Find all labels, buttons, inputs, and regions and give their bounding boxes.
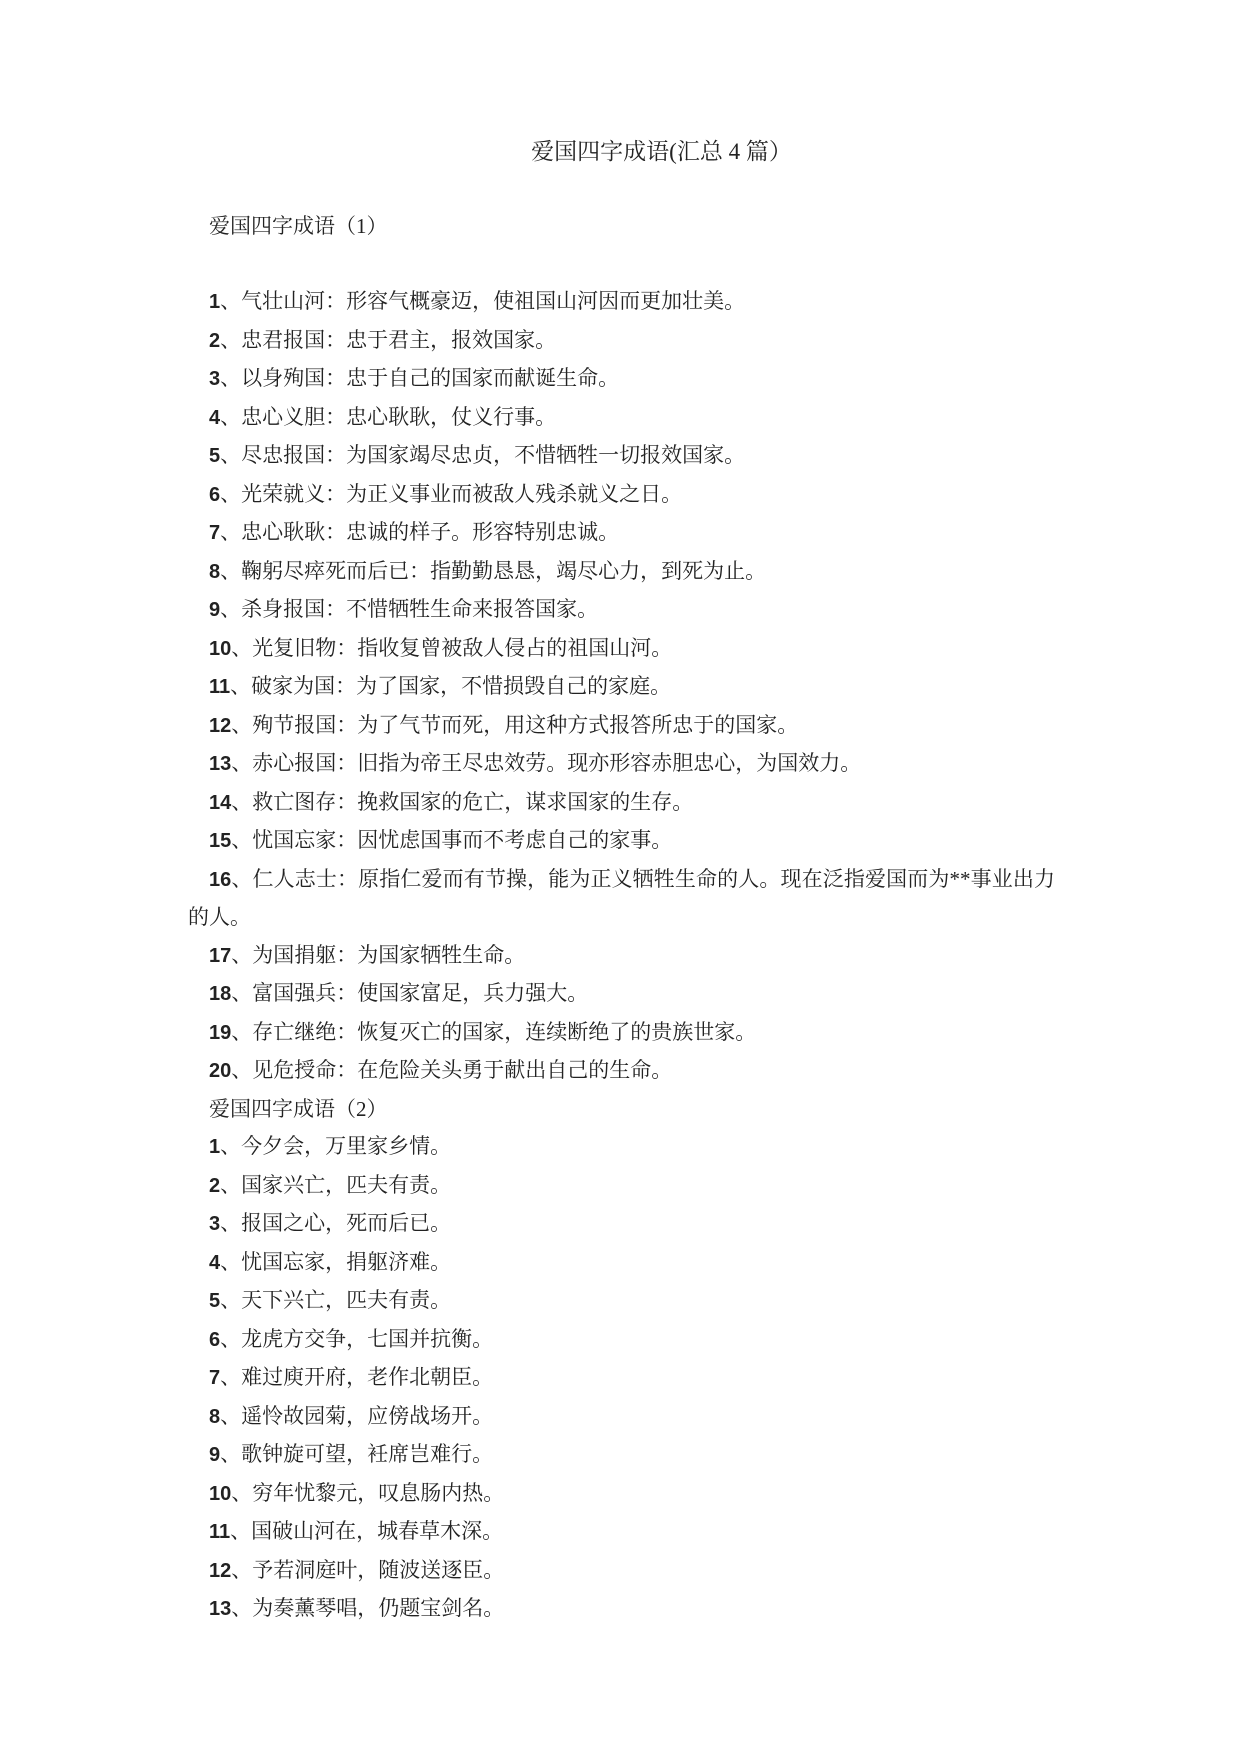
item-text: 、杀身报国：不惜牺牲生命来报答国家。 [220,597,598,621]
idiom-item: 13、为奏薰琴唱，仍题宝剑名。 [188,1590,1055,1629]
item-text: 、国破山河在，城春草木深。 [230,1519,503,1543]
idiom-item: 3、报国之心，死而后已。 [188,1205,1055,1244]
idiom-item: 10、光复旧物：指收复曾被敌人侵占的祖国山河。 [188,630,1055,669]
item-text: 、忧国忘家，捐躯济难。 [220,1250,451,1274]
idiom-item: 6、光荣就义：为正义事业而被敌人残杀就义之日。 [188,476,1055,515]
item-number: 4 [209,407,220,429]
idiom-item: 13、赤心报国：旧指为帝王尽忠效劳。现亦形容赤胆忠心，为国效力。 [188,745,1055,784]
item-number: 5 [209,445,220,467]
item-text: 、破家为国：为了国家，不惜损毁自己的家庭。 [230,674,671,698]
item-text: 、尽忠报国：为国家竭尽忠贞，不惜牺牲一切报效国家。 [220,443,745,467]
item-number: 3 [209,1213,220,1235]
item-text: 、气壮山河：形容气概豪迈，使祖国山河因而更加壮美。 [220,289,745,313]
idiom-item: 17、为国捐躯：为国家牺牲生命。 [188,937,1055,976]
idiom-item: 7、忠心耿耿：忠诚的样子。形容特别忠诚。 [188,514,1055,553]
idiom-item: 9、杀身报国：不惜牺牲生命来报答国家。 [188,591,1055,630]
item-number: 13 [209,753,231,775]
item-number: 1 [209,291,220,313]
item-number: 7 [209,522,220,544]
idiom-item: 7、难过庾开府，老作北朝臣。 [188,1359,1055,1398]
item-text: 、天下兴亡，匹夫有责。 [220,1288,451,1312]
item-number: 15 [209,830,231,852]
item-text: 、为国捐躯：为国家牺牲生命。 [231,943,525,967]
idiom-item: 4、忧国忘家，捐躯济难。 [188,1244,1055,1283]
item-text: 、光荣就义：为正义事业而被敌人残杀就义之日。 [220,482,682,506]
idiom-item: 19、存亡继绝：恢复灭亡的国家，连续断绝了的贵族世家。 [188,1014,1055,1053]
item-text: 、光复旧物：指收复曾被敌人侵占的祖国山河。 [231,636,672,660]
item-number: 17 [209,945,231,967]
item-text: 、忧国忘家：因忧虑国事而不考虑自己的家事。 [231,828,672,852]
item-number: 12 [209,1560,231,1582]
idiom-item: 15、忧国忘家：因忧虑国事而不考虑自己的家事。 [188,822,1055,861]
idiom-item: 2、忠君报国：忠于君主，报效国家。 [188,322,1055,361]
idiom-item: 5、天下兴亡，匹夫有责。 [188,1282,1055,1321]
item-text: 、难过庾开府，老作北朝臣。 [220,1365,493,1389]
item-number: 14 [209,792,231,814]
item-number: 2 [209,330,220,352]
idiom-item: 4、忠心义胆：忠心耿耿，仗义行事。 [188,399,1055,438]
idiom-item: 9、歌钟旋可望，衽席岂难行。 [188,1436,1055,1475]
item-text: 、国家兴亡，匹夫有责。 [220,1173,451,1197]
idiom-item: 1、今夕会，万里家乡情。 [188,1128,1055,1167]
item-text: 、存亡继绝：恢复灭亡的国家，连续断绝了的贵族世家。 [231,1020,756,1044]
item-number: 13 [209,1598,231,1620]
item-number: 5 [209,1290,220,1312]
item-text: 、今夕会，万里家乡情。 [220,1134,451,1158]
item-number: 9 [209,1444,220,1466]
item-number: 11 [209,676,230,698]
item-text: 、富国强兵：使国家富足，兵力强大。 [231,981,588,1005]
item-text: 、穷年忧黎元，叹息肠内热。 [231,1481,504,1505]
item-number: 2 [209,1175,220,1197]
item-text: 、见危授命：在危险关头勇于献出自己的生命。 [231,1058,672,1082]
idiom-item: 8、鞠躬尽瘁死而后已：指勤勤恳恳，竭尽心力，到死为止。 [188,553,1055,592]
idiom-item: 20、见危授命：在危险关头勇于献出自己的生命。 [188,1052,1055,1091]
idiom-item: 12、殉节报国：为了气节而死，用这种方式报答所忠于的国家。 [188,707,1055,746]
item-number: 3 [209,368,220,390]
idiom-item: 18、富国强兵：使国家富足，兵力强大。 [188,975,1055,1014]
item-text: 、遥怜故园菊，应傍战场开。 [220,1404,493,1428]
item-number: 19 [209,1022,231,1044]
item-text: 、仁人志士：原指仁爱而有节操，能为正义牺牲生命的人。现在泛指爱国而为**事业出力… [188,867,1055,930]
idiom-item: 5、尽忠报国：为国家竭尽忠贞，不惜牺牲一切报效国家。 [188,437,1055,476]
item-text: 、鞠躬尽瘁死而后已：指勤勤恳恳，竭尽心力，到死为止。 [220,559,766,583]
item-number: 6 [209,1329,220,1351]
item-text: 、忠心义胆：忠心耿耿，仗义行事。 [220,405,556,429]
item-text: 、龙虎方交争，七国并抗衡。 [220,1327,493,1351]
idiom-item: 2、国家兴亡，匹夫有责。 [188,1167,1055,1206]
item-number: 18 [209,983,231,1005]
item-number: 10 [209,638,231,660]
item-number: 8 [209,561,220,583]
idiom-item: 1、气壮山河：形容气概豪迈，使祖国山河因而更加壮美。 [188,283,1055,322]
item-number: 8 [209,1406,220,1428]
item-number: 4 [209,1252,220,1274]
document-page: 爱国四字成语(汇总 4 篇） 爱国四字成语（1）1、气壮山河：形容气概豪迈，使祖… [0,0,1240,1753]
item-text: 、忠君报国：忠于君主，报效国家。 [220,328,556,352]
item-text: 、予若洞庭叶，随波送逐臣。 [231,1558,504,1582]
item-number: 6 [209,484,220,506]
idiom-item: 12、予若洞庭叶，随波送逐臣。 [188,1552,1055,1591]
idiom-item: 16、仁人志士：原指仁爱而有节操，能为正义牺牲生命的人。现在泛指爱国而为**事业… [188,861,1055,937]
item-text: 、忠心耿耿：忠诚的样子。形容特别忠诚。 [220,520,619,544]
item-text: 、歌钟旋可望，衽席岂难行。 [220,1442,493,1466]
idiom-item: 11、国破山河在，城春草木深。 [188,1513,1055,1552]
item-number: 9 [209,599,220,621]
item-number: 7 [209,1367,220,1389]
item-text: 、为奏薰琴唱，仍题宝剑名。 [231,1596,504,1620]
idiom-item: 10、穷年忧黎元，叹息肠内热。 [188,1475,1055,1514]
idiom-item: 8、遥怜故园菊，应傍战场开。 [188,1398,1055,1437]
item-number: 11 [209,1521,230,1543]
item-text: 、赤心报国：旧指为帝王尽忠效劳。现亦形容赤胆忠心，为国效力。 [231,751,861,775]
item-text: 、殉节报国：为了气节而死，用这种方式报答所忠于的国家。 [231,713,798,737]
item-number: 10 [209,1483,231,1505]
item-number: 20 [209,1060,231,1082]
idiom-item: 14、救亡图存：挽救国家的危亡，谋求国家的生存。 [188,784,1055,823]
sections-container: 爱国四字成语（1）1、气壮山河：形容气概豪迈，使祖国山河因而更加壮美。2、忠君报… [188,208,1055,1629]
item-number: 16 [209,869,231,891]
section-heading: 爱国四字成语（2） [188,1091,1055,1129]
item-number: 1 [209,1136,220,1158]
idiom-item: 6、龙虎方交争，七国并抗衡。 [188,1321,1055,1360]
item-text: 、以身殉国：忠于自己的国家而献诞生命。 [220,366,619,390]
item-number: 12 [209,715,231,737]
document-title: 爱国四字成语(汇总 4 篇） [188,133,1055,171]
idiom-item: 3、以身殉国：忠于自己的国家而献诞生命。 [188,360,1055,399]
section-heading: 爱国四字成语（1） [188,208,1055,246]
item-text: 、报国之心，死而后已。 [220,1211,451,1235]
idiom-item: 11、破家为国：为了国家，不惜损毁自己的家庭。 [188,668,1055,707]
item-text: 、救亡图存：挽救国家的危亡，谋求国家的生存。 [231,790,693,814]
